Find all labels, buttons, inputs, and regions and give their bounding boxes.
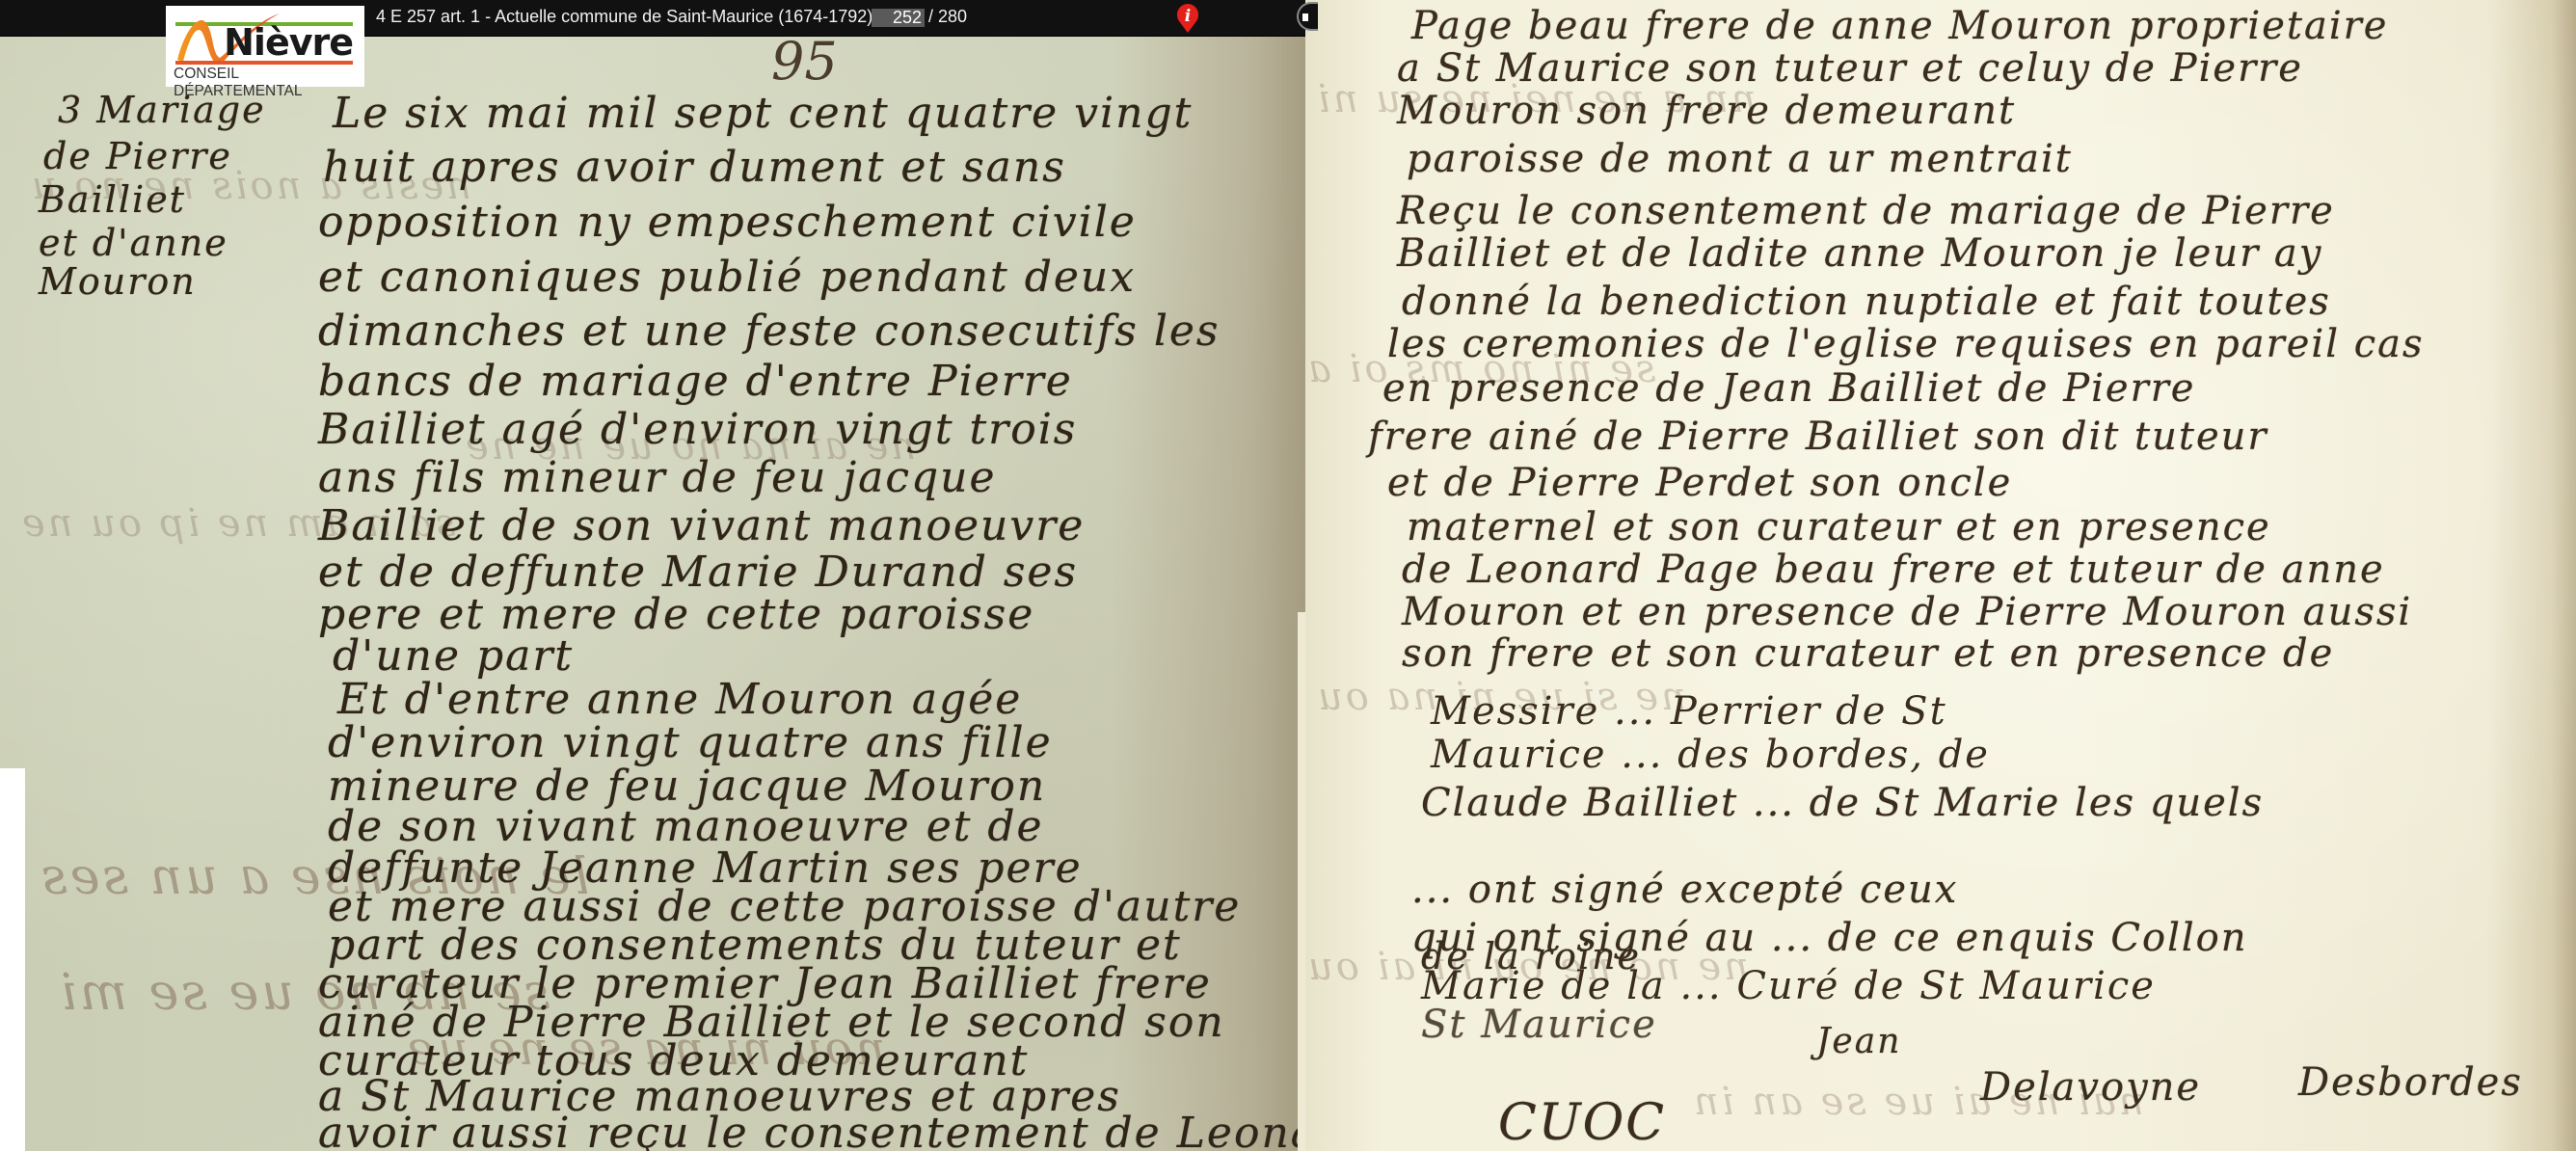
info-pin-icon[interactable]: i [1174, 3, 1201, 34]
left-page-scan[interactable]: nesis a nois ne no u sa n am ne ip ou ne… [0, 0, 1305, 1151]
text-line: d'environ vingt quatre ans fille [328, 718, 1053, 767]
text-line: Maurice ... des bordes, de [1431, 733, 1990, 777]
document-title: 4 E 257 art. 1 - Actuelle commune de Sai… [376, 7, 872, 27]
text-line: Claude Bailliet ... de St Marie les quel… [1421, 781, 2264, 825]
text-line: Bailliet agé d'environ vingt trois [318, 405, 1077, 454]
signature: de la roine [1421, 935, 1641, 977]
margin-note-line: de Pierre [43, 135, 232, 177]
text-line: ... ont signé excepté ceux [1411, 868, 1958, 912]
signature: Jean [1816, 1022, 1901, 1061]
page-total: / 280 [928, 7, 967, 27]
text-line: et de Pierre Perdet son oncle [1387, 461, 2012, 505]
fullscreen-icon [1302, 13, 1308, 21]
signature: Desbordes [2298, 1060, 2523, 1105]
text-line: maternel et son curateur et en presence [1407, 505, 2271, 549]
text-line: son frere et son curateur et en presence… [1402, 631, 2334, 676]
margin-note-line: Bailliet [39, 178, 186, 221]
text-line: Mouron et en presence de Pierre Mouron a… [1402, 590, 2412, 634]
text-line: frere ainé de Pierre Bailliet son dit tu… [1368, 415, 2268, 459]
signature: St Maurice [1421, 1003, 1657, 1047]
margin-note-line: et d'anne [39, 222, 228, 264]
text-line: bancs de mariage d'entre Pierre [318, 357, 1073, 406]
logo-orange-stripe [175, 61, 353, 65]
text-line: opposition ny empeschement civile [318, 198, 1137, 247]
text-line: avoir aussi reçu le consentement de Leon… [318, 1109, 1369, 1151]
page-edge [1298, 612, 1305, 1151]
text-line: Bailliet de son vivant manoeuvre [318, 501, 1085, 550]
right-page-scan[interactable]: nn a ne nei ne su ni se ni no ms oi a ne… [1305, 0, 2576, 1151]
svg-text:i: i [1185, 7, 1191, 26]
text-line: huit apres avoir dument et sans [323, 143, 1066, 192]
nievre-logo[interactable]: Nièvre CONSEIL DÉPARTEMENTAL [166, 6, 364, 87]
text-line: paroisse de mont a ur mentrait [1407, 137, 2073, 181]
text-line: Et d'entre anne Mouron agée [337, 675, 1022, 724]
page-number-input[interactable] [872, 9, 925, 27]
text-line: et canoniques publié pendant deux [318, 253, 1136, 302]
text-line: Page beau frere de anne Mouron proprieta… [1411, 4, 2388, 48]
fullscreen-button[interactable] [1297, 2, 1318, 31]
text-line: a St Maurice son tuteur et celuy de Pier… [1397, 46, 2303, 91]
text-line: Bailliet et de ladite anne Mouron je leu… [1397, 231, 2322, 276]
signature: CUOC [1498, 1094, 1666, 1151]
text-line: donné la benediction nuptiale et fait to… [1402, 280, 2331, 324]
logo-subtitle: CONSEIL DÉPARTEMENTAL [174, 66, 364, 100]
signature: Delavoyne [1980, 1065, 2201, 1110]
document-viewer[interactable]: nesis a nois ne no u sa n am ne ip ou ne… [0, 0, 2576, 1151]
viewer-background [0, 768, 25, 1151]
text-line: en presence de Jean Bailliet de Pierre [1382, 366, 2195, 411]
text-line: d'une part [333, 631, 574, 681]
text-line: Reçu le consentement de mariage de Pierr… [1397, 189, 2335, 233]
text-line: dimanches et une feste consecutifs les [318, 307, 1221, 356]
text-line: Messire ... Perrier de St [1431, 689, 1947, 734]
folio-number: 95 [771, 31, 838, 92]
text-line: Le six mai mil sept cent quatre vingt [333, 89, 1193, 138]
text-line: de Leonard Page beau frere et tuteur de … [1402, 548, 2385, 592]
text-line: ans fils mineur de feu jacque [318, 453, 997, 502]
logo-brand-text: Nièvre [224, 21, 353, 64]
margin-note-line: Mouron [39, 260, 197, 303]
text-line: les ceremonies de l'eglise requises en p… [1387, 322, 2424, 366]
text-line: Mouron son frere demeurant [1397, 89, 2016, 133]
